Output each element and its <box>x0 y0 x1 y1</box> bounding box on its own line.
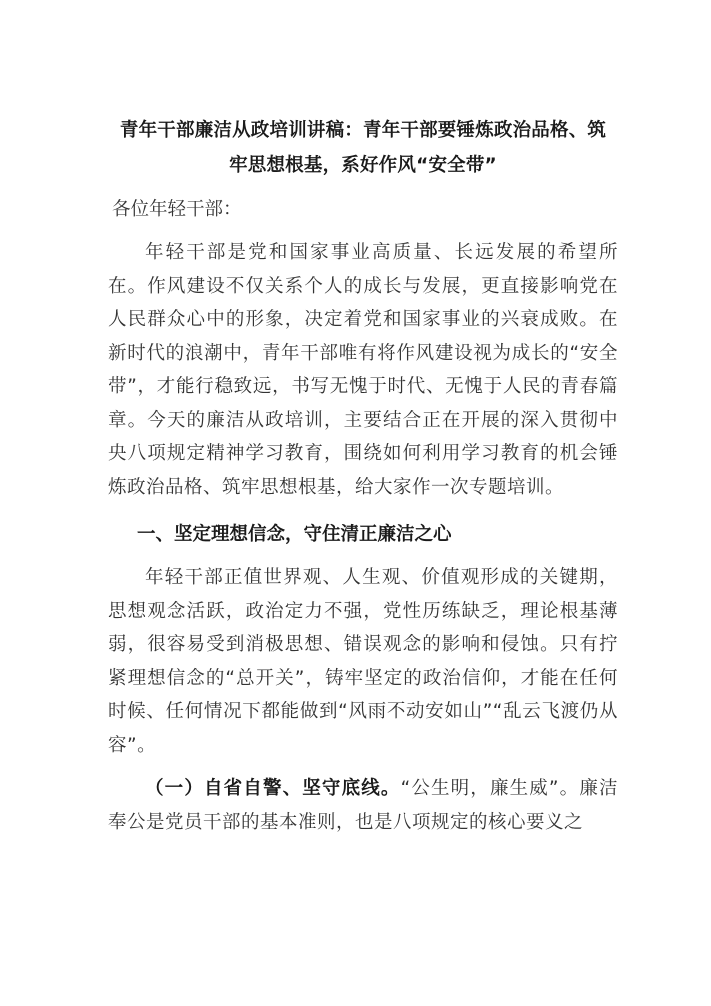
section-1-paragraph: 年轻干部正值世界观、人生观、价值观形成的关键期，思想观念活跃，政治定力不强，党性… <box>108 561 618 762</box>
section-1-sub-1: （一）自省自警、坚守底线。“公生明，廉生威”。廉洁奉公是党员干部的基本准则，也是… <box>108 772 618 839</box>
document-page: 青年干部廉洁从政培训讲稿：青年干部要锤炼政治品格、筑 牢思想根基，系好作风“安全… <box>108 113 618 839</box>
section-1-heading: 一、坚定理想信念，守住清正廉洁之心 <box>108 518 618 551</box>
salutation: 各位年轻干部： <box>112 193 618 226</box>
document-title: 青年干部廉洁从政培训讲稿：青年干部要锤炼政治品格、筑 牢思想根基，系好作风“安全… <box>108 113 618 183</box>
intro-paragraph: 年轻干部是党和国家事业高质量、长远发展的希望所在。作风建设不仅关系个人的成长与发… <box>108 236 618 504</box>
title-line-1: 青年干部廉洁从政培训讲稿：青年干部要锤炼政治品格、筑 <box>120 120 606 141</box>
sub-heading-1: （一）自省自警、坚守底线。 <box>145 778 401 799</box>
title-line-2: 牢思想根基，系好作风“安全带” <box>229 155 497 176</box>
